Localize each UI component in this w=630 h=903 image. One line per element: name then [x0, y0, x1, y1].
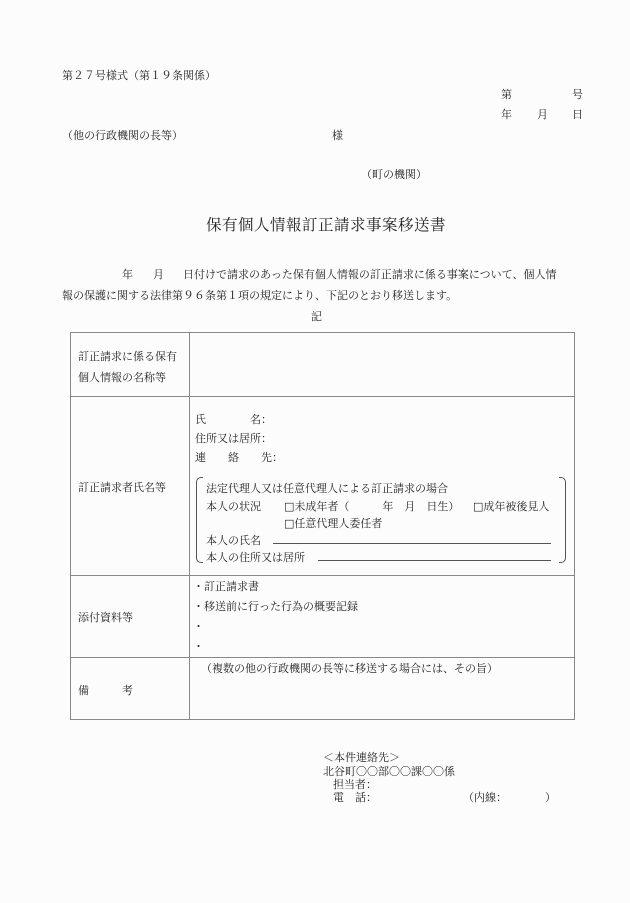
principal-address-line[interactable]: [318, 560, 551, 561]
form-number: 第２７号様式（第１９条関係）: [62, 67, 216, 83]
contact-phone: 電 話：: [333, 789, 377, 805]
contact-extension-close: ）: [545, 789, 556, 805]
body-line1: 日付けで請求のあった保有個人情報の訂正請求に係る事案について、個人情: [183, 266, 556, 282]
body-line2: 報の保護に関する法律第９６条第１項の規定により、下記のとおり移送します。: [62, 287, 457, 303]
ki-label: 記: [311, 308, 322, 324]
row-divider: [71, 575, 574, 576]
remarks-note: （複数の他の行政機関の長等に移送する場合には、その旨）: [201, 660, 498, 676]
option-delegator-checkbox[interactable]: □任意代理人委任者: [284, 515, 382, 531]
body-year: 年: [122, 266, 133, 282]
contact-label: 連 絡 先：: [195, 449, 283, 465]
contact-extension: （内線：: [463, 789, 507, 805]
status-label: 本人の状況: [206, 498, 261, 514]
right-bracket: [559, 477, 566, 563]
attachment-item: ・訂正請求書: [193, 578, 259, 594]
row3-label: 添付資料等: [78, 609, 133, 625]
doc-number-suffix: 号: [572, 86, 583, 102]
sender: （町の機関）: [361, 166, 427, 182]
row4-label: 備 考: [78, 682, 133, 698]
option-minor-checkbox[interactable]: □未成年者（ 年 月 日生）: [284, 498, 459, 514]
agent-heading: 法定代理人又は任意代理人による訂正請求の場合: [206, 480, 448, 496]
honorific: 様: [332, 127, 343, 143]
date-month: 月: [537, 106, 548, 122]
row1-label-line1: 訂正請求に係る保有: [78, 348, 177, 364]
row-divider: [71, 657, 574, 658]
left-bracket: [196, 477, 203, 563]
attachment-item: ・移送前に行った行為の概要記録: [193, 598, 358, 614]
body-month: 月: [153, 266, 164, 282]
row1-label-line2: 個人情報の名称等: [78, 369, 166, 385]
attachment-item: ・: [193, 638, 204, 654]
date-year: 年: [501, 106, 512, 122]
address-label: 住所又は居所：: [195, 430, 272, 446]
principal-name-label: 本人の氏名: [206, 532, 261, 548]
principal-name-line[interactable]: [273, 543, 551, 544]
row2-label: 訂正請求者氏名等: [78, 479, 166, 495]
name-label: 氏 名：: [195, 411, 272, 427]
date-day: 日: [572, 106, 583, 122]
doc-number-prefix: 第: [501, 86, 512, 102]
recipient: （他の行政機関の長等）: [62, 127, 183, 143]
attachment-item: ・: [193, 618, 204, 634]
page-title: 保有個人情報訂正請求事案移送書: [206, 213, 446, 235]
column-divider: [189, 333, 190, 719]
row-divider: [71, 396, 574, 397]
principal-address-label: 本人の住所又は居所: [206, 549, 305, 565]
option-adult-ward-checkbox[interactable]: □成年被後見人: [473, 498, 549, 514]
